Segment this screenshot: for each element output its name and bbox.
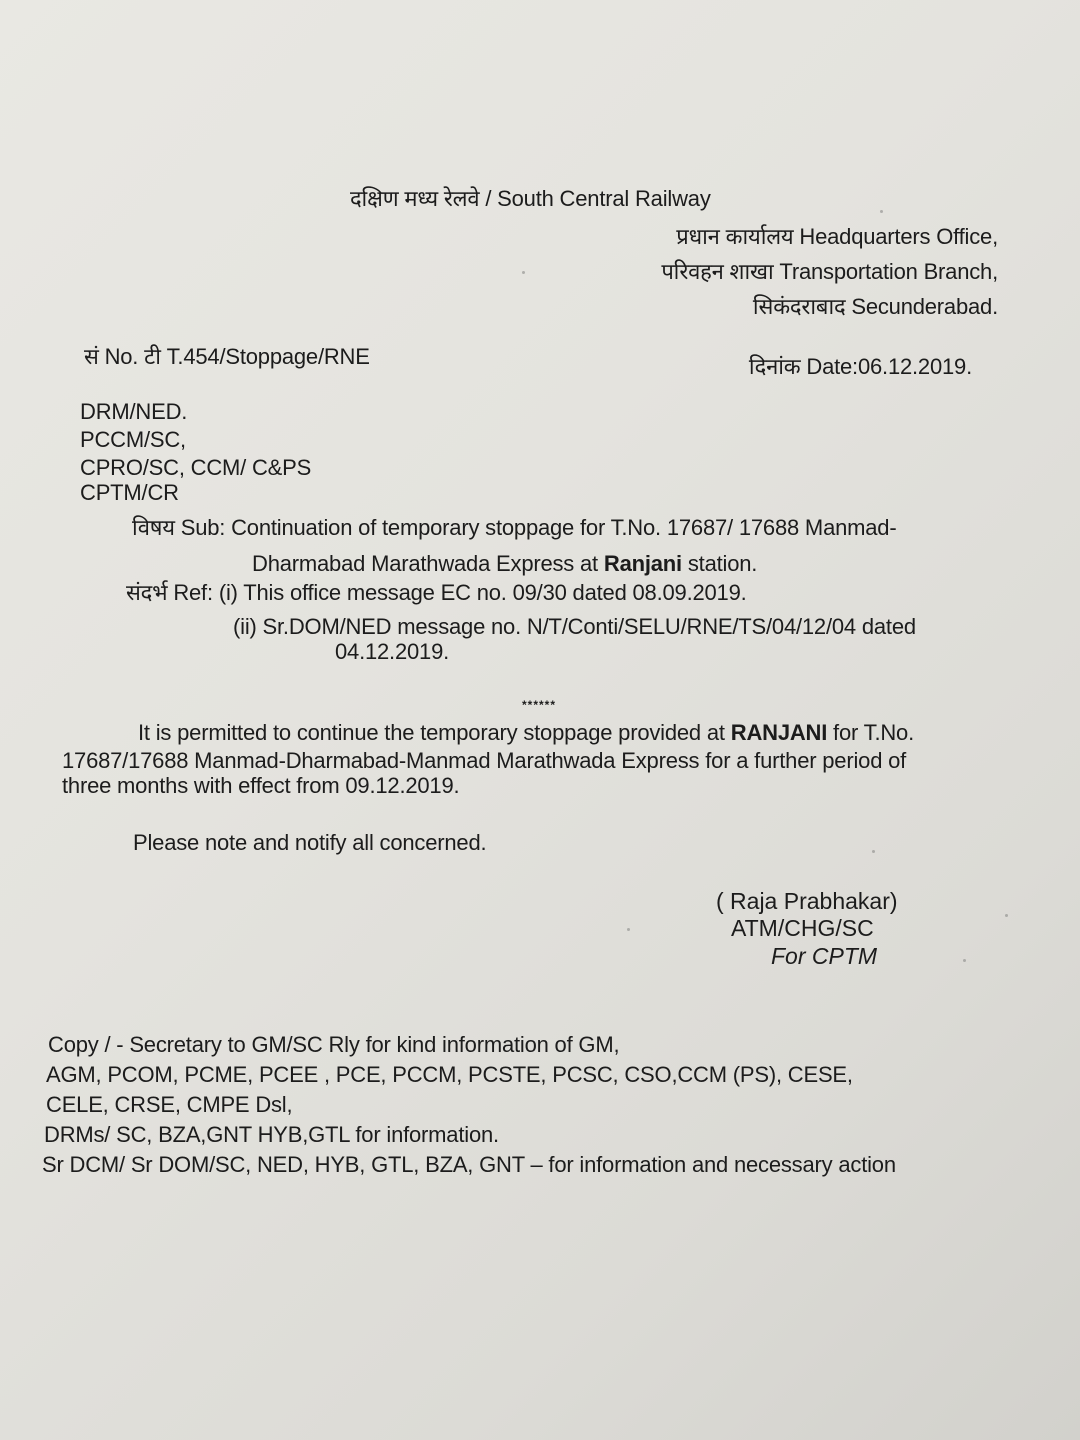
paper-speck xyxy=(963,959,966,962)
org-name: दक्षिण मध्य रेलवे / South Central Railwa… xyxy=(350,186,711,212)
signatory-for: For CPTM xyxy=(771,943,877,969)
reference-1: संदर्भ Ref: (i) This office message EC n… xyxy=(126,580,747,606)
copy-to-line: AGM, PCOM, PCME, PCEE , PCE, PCCM, PCSTE… xyxy=(46,1062,853,1088)
subject-text: station. xyxy=(682,551,757,576)
station-name-bold: RANJANI xyxy=(731,720,827,745)
subject-text: Dharmabad Marathwada Express at xyxy=(252,551,604,576)
addressee: CPTM/CR xyxy=(80,480,179,506)
addressee: DRM/NED. xyxy=(80,399,187,425)
body-note: Please note and notify all concerned. xyxy=(133,830,486,856)
paper-speck xyxy=(627,928,630,931)
copy-to-line: DRMs/ SC, BZA,GNT HYB,GTL for informatio… xyxy=(44,1122,499,1148)
reference-text: (i) This office message EC no. 09/30 dat… xyxy=(219,580,747,605)
body-line-2: 17687/17688 Manmad-Dharmabad-Manmad Mara… xyxy=(62,748,906,774)
body-text: It is permitted to continue the temporar… xyxy=(138,720,731,745)
addressee: CPRO/SC, CCM/ C&PS xyxy=(80,455,311,481)
subject-text: Continuation of temporary stoppage for T… xyxy=(231,515,896,540)
paper-speck xyxy=(522,271,525,274)
copy-to-line: CELE, CRSE, CMPE Dsl, xyxy=(46,1092,292,1118)
copy-to-line: Copy / - Secretary to GM/SC Rly for kind… xyxy=(48,1032,619,1058)
branch-name: परिवहन शाखा Transportation Branch, xyxy=(661,259,998,285)
station-name: Ranjani xyxy=(604,551,682,576)
letter-page: दक्षिण मध्य रेलवे / South Central Railwa… xyxy=(0,0,1080,1440)
office-name: प्रधान कार्यालय Headquarters Office, xyxy=(676,224,998,250)
body-line-1: It is permitted to continue the temporar… xyxy=(138,720,914,746)
copy-to-line: Sr DCM/ Sr DOM/SC, NED, HYB, GTL, BZA, G… xyxy=(42,1152,896,1178)
paper-speck xyxy=(872,850,875,853)
letter-date: दिनांक Date:06.12.2019. xyxy=(749,354,972,380)
signatory-designation: ATM/CHG/SC xyxy=(731,915,874,941)
paper-speck xyxy=(880,210,883,213)
letter-number: सं No. टी T.454/Stoppage/RNE xyxy=(84,344,370,370)
paper-speck xyxy=(1005,914,1008,917)
body-line-3: three months with effect from 09.12.2019… xyxy=(62,773,459,799)
subject-line-2: Dharmabad Marathwada Express at Ranjani … xyxy=(252,551,757,577)
separator-stars: ****** xyxy=(522,692,556,718)
signatory-name: ( Raja Prabhakar) xyxy=(716,888,898,914)
reference-2-line-2: 04.12.2019. xyxy=(335,639,449,665)
subject-label: विषय Sub: xyxy=(132,515,225,540)
reference-2-line-1: (ii) Sr.DOM/NED message no. N/T/Conti/SE… xyxy=(233,614,916,640)
subject-line-1: विषय Sub: Continuation of temporary stop… xyxy=(132,515,896,541)
body-text: for T.No. xyxy=(827,720,914,745)
reference-label: संदर्भ Ref: xyxy=(126,580,213,605)
city-name: सिकंदराबाद Secunderabad. xyxy=(753,294,998,320)
addressee: PCCM/SC, xyxy=(80,427,186,453)
